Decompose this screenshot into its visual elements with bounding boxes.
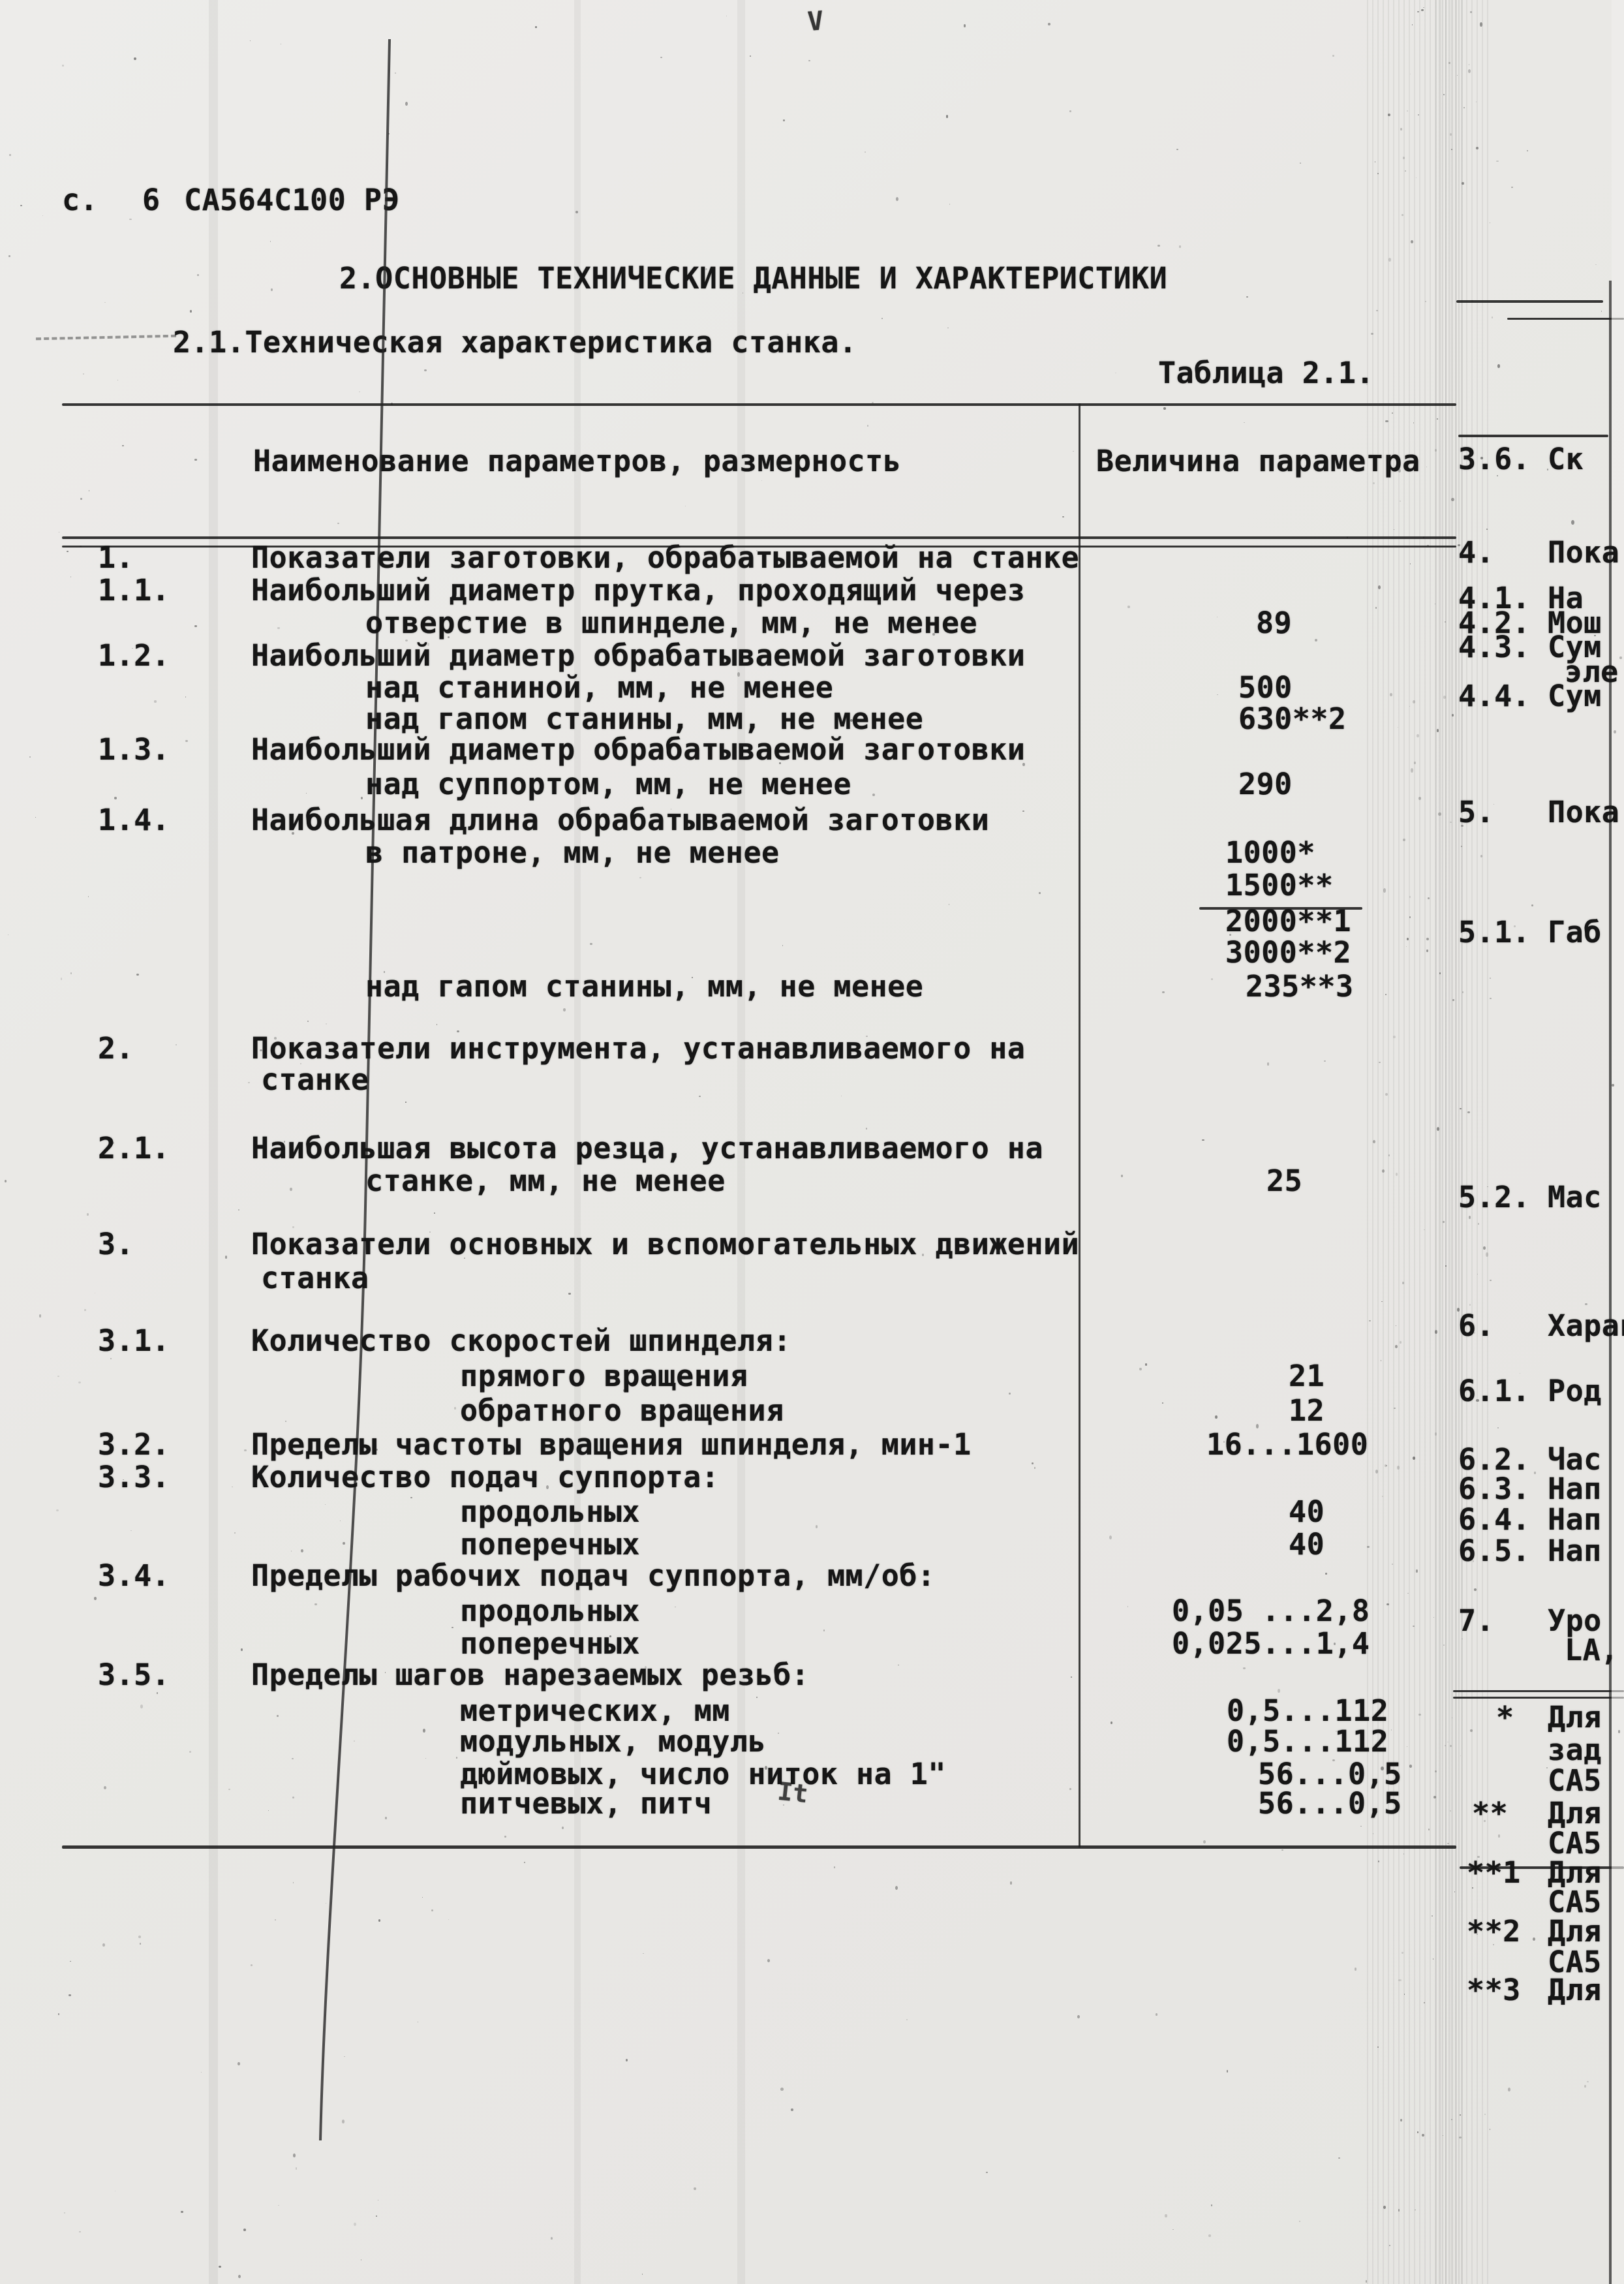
row-value: 21	[1289, 1360, 1325, 1393]
fragment-item-label: Габ	[1548, 916, 1602, 949]
row-value: 2000**1	[1225, 905, 1351, 938]
fragment-footnote-marker: **3	[1467, 1974, 1521, 2007]
fragment-item-number: 5.2.	[1458, 1181, 1530, 1214]
row-label: над станиной, мм, не менее	[365, 671, 833, 704]
fragment-item-number: 4.	[1458, 536, 1494, 569]
row-number: 1.2.	[98, 640, 170, 672]
fragment-item-number: 3.6.	[1458, 443, 1530, 476]
row-value: 630**2	[1238, 703, 1347, 735]
row-value: 1000*	[1225, 837, 1315, 869]
row-label: отверстие в шпинделе, мм, не менее	[365, 607, 977, 640]
fragment-item-number: 6.4.	[1458, 1504, 1530, 1536]
fragment-item-number: 6.	[1458, 1310, 1494, 1342]
fragment-footnote-label: Для	[1548, 1974, 1602, 2007]
row-value: 290	[1238, 768, 1293, 801]
row-number: 1.	[98, 542, 134, 574]
row-number: 1.1.	[98, 574, 170, 607]
row-value: 0,025...1,4	[1172, 1628, 1370, 1660]
fragment-item-number: 4.3.	[1458, 631, 1530, 664]
row-number: 3.1.	[98, 1325, 170, 1357]
row-label: Пределы частоты вращения шпинделя, мин-1	[251, 1428, 972, 1461]
row-value: 12	[1289, 1395, 1325, 1427]
row-value: 0,05 ...2,8	[1172, 1595, 1370, 1628]
row-label: Наибольший диаметр прутка, проходящий че…	[251, 574, 1025, 607]
row-value: 16...1600	[1206, 1428, 1368, 1461]
row-value: 235**3	[1246, 970, 1354, 1003]
fragment-footnote-label: Для	[1548, 1915, 1602, 1948]
row-label: Показатели инструмента, устанавливаемого…	[251, 1032, 1025, 1065]
fragment-footnote-label: Для	[1548, 1797, 1602, 1830]
fragment-item-number: 6.1.	[1458, 1375, 1530, 1408]
row-number: 2.	[98, 1032, 134, 1065]
fragment-footnote-label: Для	[1548, 1701, 1602, 1734]
fragment-item-label: Нап	[1548, 1504, 1602, 1536]
row-label: станке, мм, не менее	[365, 1165, 726, 1197]
fragment-footnote-marker: **	[1472, 1797, 1508, 1830]
fragment-item-label: Ск	[1548, 443, 1584, 476]
row-label: Пределы рабочих подач суппорта, мм/об:	[251, 1560, 936, 1592]
row-label: Наибольший диаметр обрабатываемой загото…	[251, 640, 1025, 672]
row-value: 89	[1256, 607, 1292, 640]
row-number: 1.4.	[98, 804, 170, 837]
row-value: 3000**2	[1225, 936, 1351, 969]
row-number: 3.5.	[98, 1659, 170, 1691]
row-label: Наибольшая длина обрабатываемой заготовк…	[251, 804, 989, 837]
row-value: 40	[1289, 1496, 1325, 1528]
row-number: 3.	[98, 1228, 134, 1261]
fragment-footnote-label: зад	[1548, 1734, 1602, 1767]
row-value: 40	[1289, 1528, 1325, 1561]
row-label: обратного вращения	[460, 1395, 784, 1427]
fragment-item-label: Мас	[1548, 1181, 1602, 1214]
row-label: продольных	[460, 1496, 640, 1528]
fragment-item-label: Нап	[1548, 1535, 1602, 1567]
row-label: в патроне, мм, не менее	[365, 837, 780, 869]
fragment-item-label: Пока	[1548, 536, 1619, 569]
row-label: Количество подач суппорта:	[251, 1461, 719, 1494]
fragment-item-number: 5.	[1458, 796, 1494, 829]
row-label: поперечных	[460, 1628, 640, 1660]
row-number: 1.3.	[98, 733, 170, 766]
fragment-item-label: Нап	[1548, 1473, 1602, 1505]
row-label: Пределы шагов нарезаемых резьб:	[251, 1659, 809, 1691]
stray-ink-mark: It	[776, 1775, 810, 1811]
row-label: станка	[261, 1262, 369, 1295]
fragment-item-number: 7.	[1458, 1605, 1494, 1637]
fragment-item-number: 6.3.	[1458, 1473, 1530, 1505]
fragment-item-number: 6.5.	[1458, 1535, 1530, 1567]
row-value: 25	[1266, 1165, 1302, 1197]
row-label: питчевых, питч	[460, 1787, 712, 1820]
fragment-footnote-label: СА5	[1548, 1765, 1602, 1797]
row-value: 1500**	[1225, 869, 1334, 902]
row-label: продольных	[460, 1595, 640, 1628]
row-number: 3.4.	[98, 1560, 170, 1592]
row-value: 0,5...112	[1227, 1695, 1388, 1727]
row-number: 3.3.	[98, 1461, 170, 1494]
row-value: 56...0,5	[1258, 1787, 1402, 1820]
row-label: Показатели основных и вспомогательных дв…	[251, 1228, 1079, 1261]
row-label: Наибольшая высота резца, устанавливаемог…	[251, 1132, 1043, 1165]
row-value: 500	[1238, 671, 1293, 704]
row-label: Наибольший диаметр обрабатываемой загото…	[251, 733, 1025, 766]
fragment-footnote-marker: *	[1496, 1701, 1514, 1734]
fragment-item-number: 4.4.	[1458, 680, 1530, 713]
fragment-footnote-marker: **1	[1467, 1857, 1521, 1889]
fragment-item-label: Сум	[1548, 680, 1602, 713]
row-label: станке	[261, 1064, 369, 1096]
row-label: Показатели заготовки, обрабатываемой на …	[251, 542, 1079, 574]
row-label: над гапом станины, мм, не менее	[365, 703, 923, 735]
row-label: модульных, модуль	[460, 1725, 766, 1758]
fragment-item-number: 5.1.	[1458, 916, 1530, 949]
row-label: над суппортом, мм, не менее	[365, 768, 851, 801]
fragment-item-label: Харак	[1548, 1310, 1624, 1342]
row-label: над гапом станины, мм, не менее	[365, 970, 923, 1003]
row-label: метрических, мм	[460, 1695, 730, 1727]
fragment-item-label: Род	[1548, 1375, 1602, 1408]
row-label: прямого вращения	[460, 1360, 748, 1393]
row-value: 0,5...112	[1227, 1725, 1388, 1758]
fragment-item-label: Пока	[1548, 796, 1619, 829]
fragment-item-label: LA,	[1565, 1634, 1619, 1667]
row-number: 2.1.	[98, 1132, 170, 1165]
row-label: Количество скоростей шпинделя:	[251, 1325, 791, 1357]
row-label: поперечных	[460, 1528, 640, 1561]
row-number: 3.2.	[98, 1428, 170, 1461]
fragment-footnote-marker: **2	[1467, 1915, 1521, 1948]
